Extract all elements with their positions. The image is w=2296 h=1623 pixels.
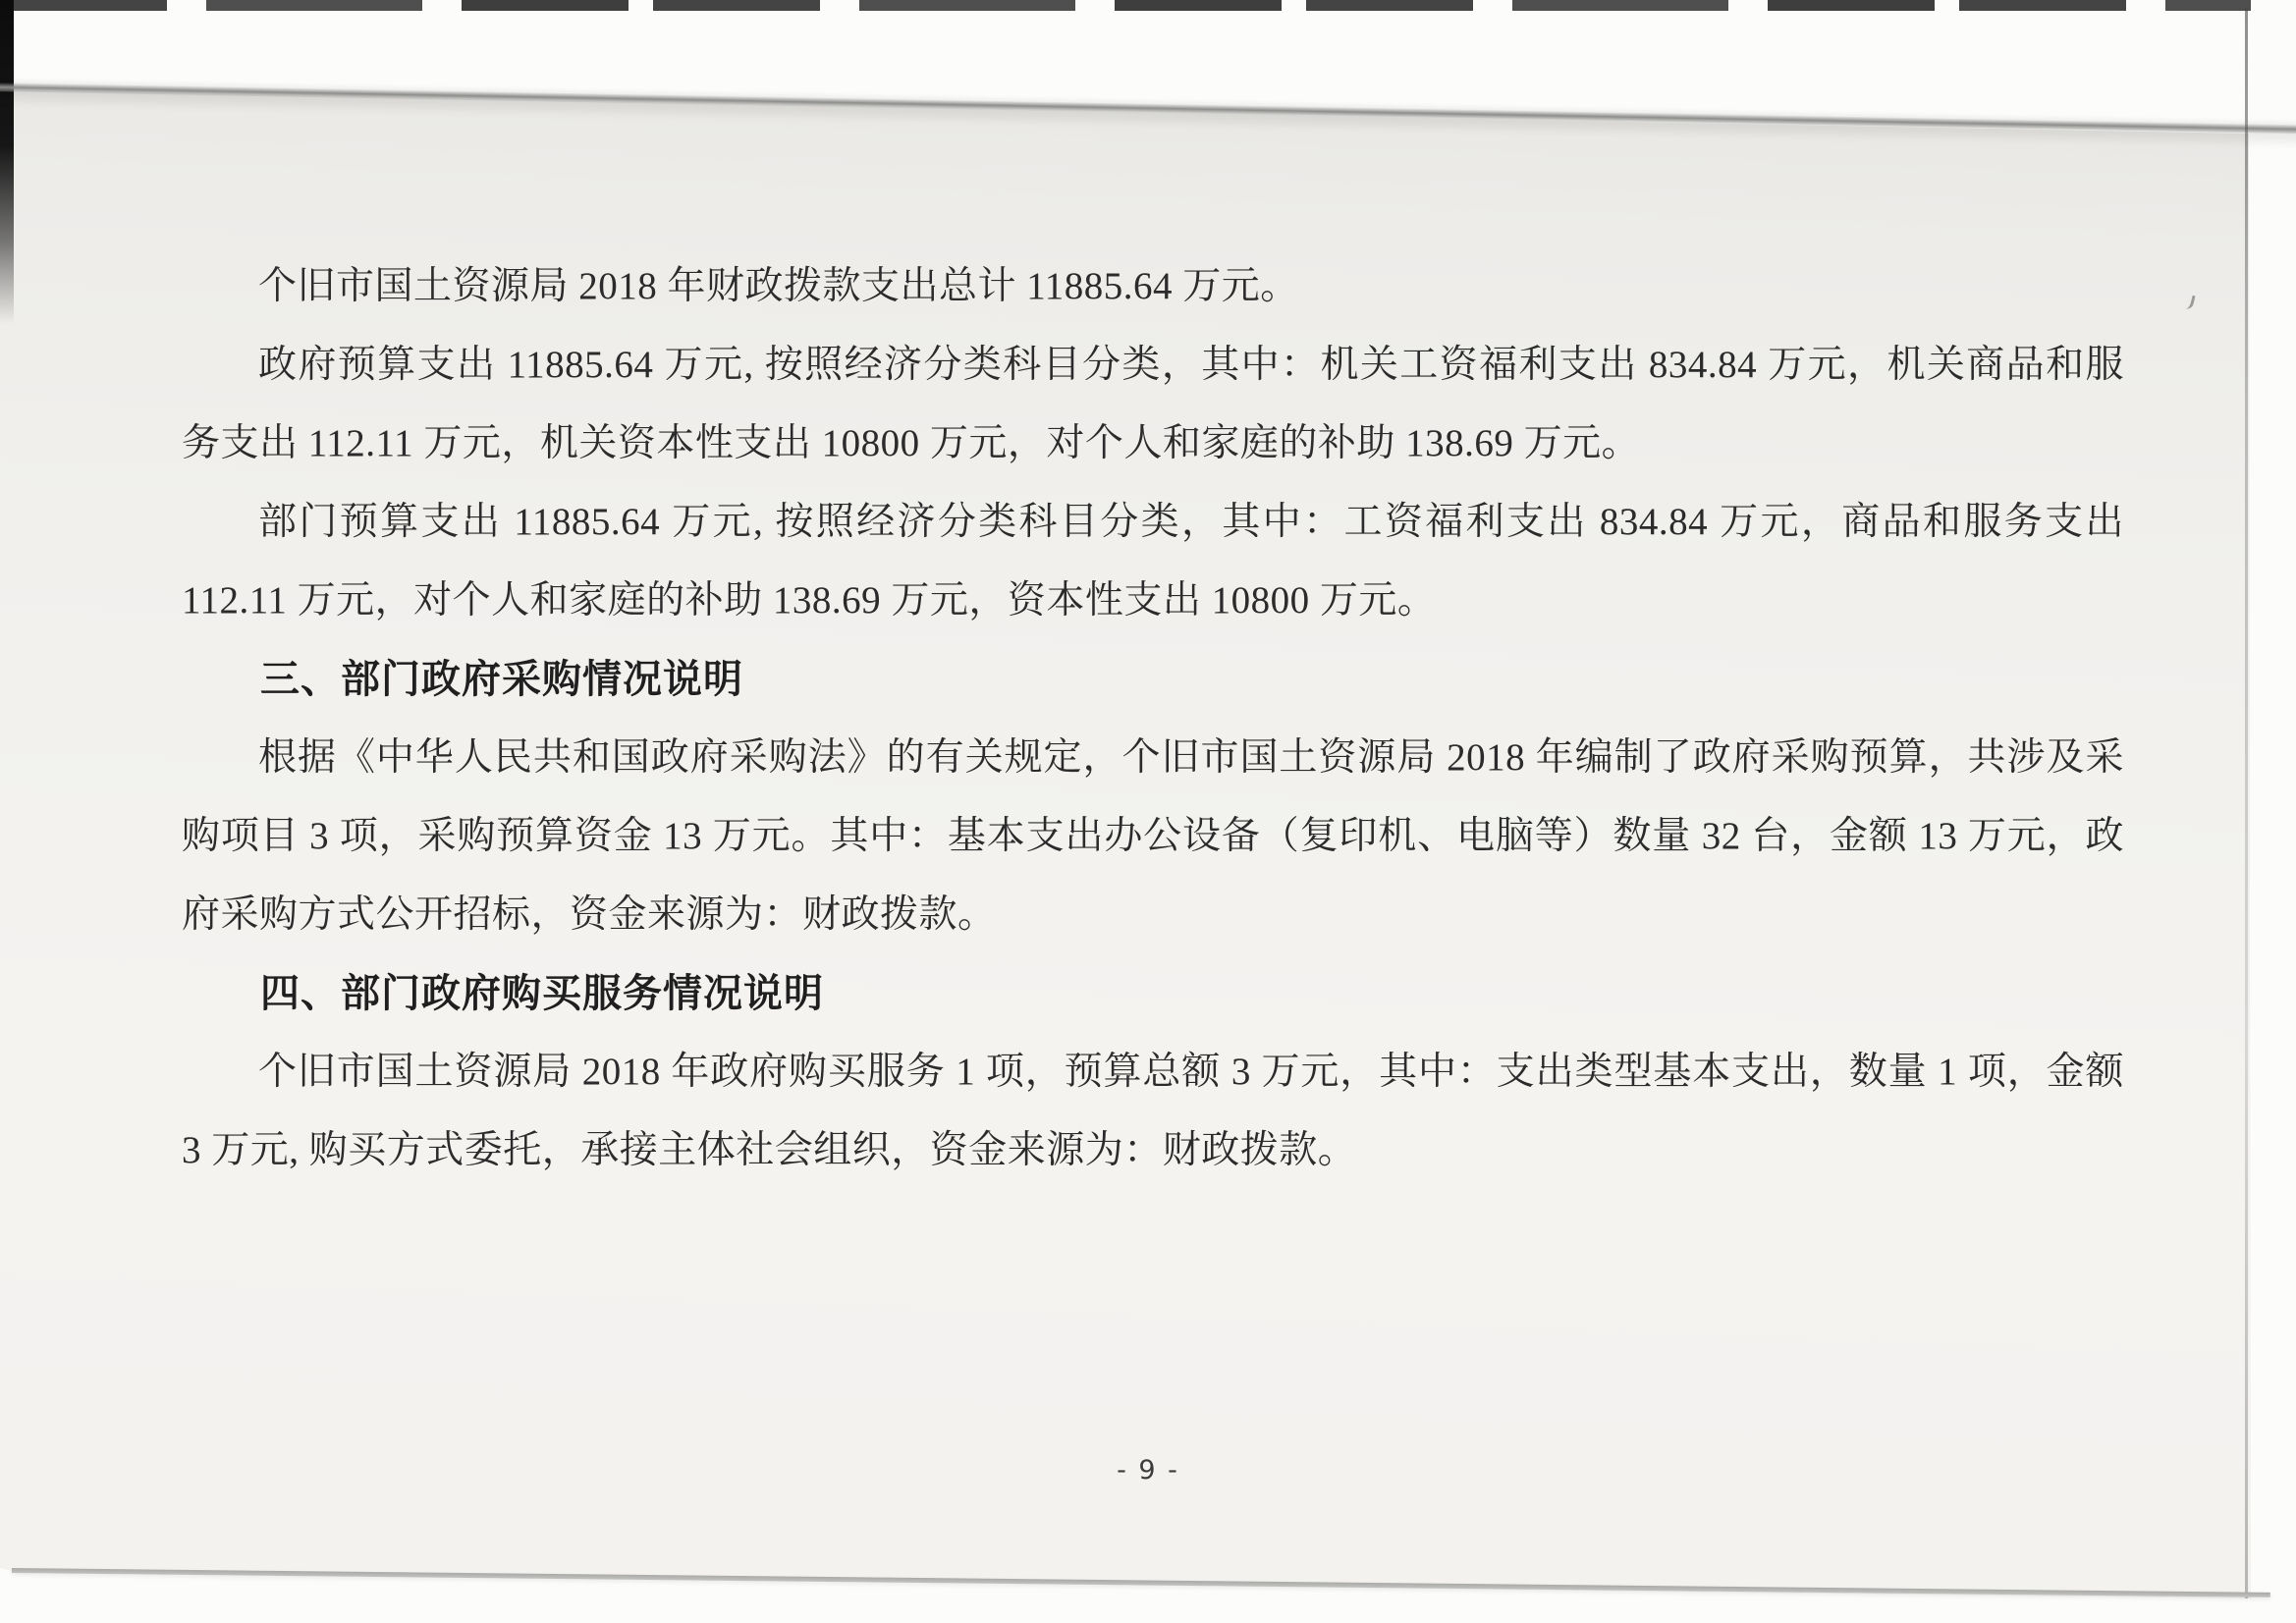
paragraph-purchased-services-details: 个旧市国土资源局 2018 年政府购买服务 1 项，预算总额 3 万元，其中：支… xyxy=(182,1033,2124,1190)
heading-procurement-section: 三、部门政府采购情况说明 xyxy=(182,640,2124,719)
paragraph-government-budget-breakdown: 政府预算支出 11885.64 万元, 按照经济分类科目分类，其中：机关工资福利… xyxy=(182,326,2124,483)
page-right-edge-line xyxy=(2245,8,2248,1598)
scan-left-edge-artifact xyxy=(0,0,14,324)
paragraph-fiscal-total: 个旧市国土资源局 2018 年财政拨款支出总计 11885.64 万元。 xyxy=(182,247,2124,326)
scan-top-edge-artifact xyxy=(0,0,2251,11)
paragraph-procurement-details: 根据《中华人民共和国政府采购法》的有关规定，个旧市国土资源局 2018 年编制了… xyxy=(182,719,2124,954)
page-number: - 9 - xyxy=(0,1455,2296,1486)
paragraph-department-budget-breakdown: 部门预算支出 11885.64 万元, 按照经济分类科目分类，其中：工资福利支出… xyxy=(182,483,2124,640)
document-body: 个旧市国土资源局 2018 年财政拨款支出总计 11885.64 万元。 政府预… xyxy=(182,247,2124,1190)
scanned-page: 个旧市国土资源局 2018 年财政拨款支出总计 11885.64 万元。 政府预… xyxy=(0,0,2296,1623)
heading-purchased-services-section: 四、部门政府购买服务情况说明 xyxy=(182,954,2124,1033)
